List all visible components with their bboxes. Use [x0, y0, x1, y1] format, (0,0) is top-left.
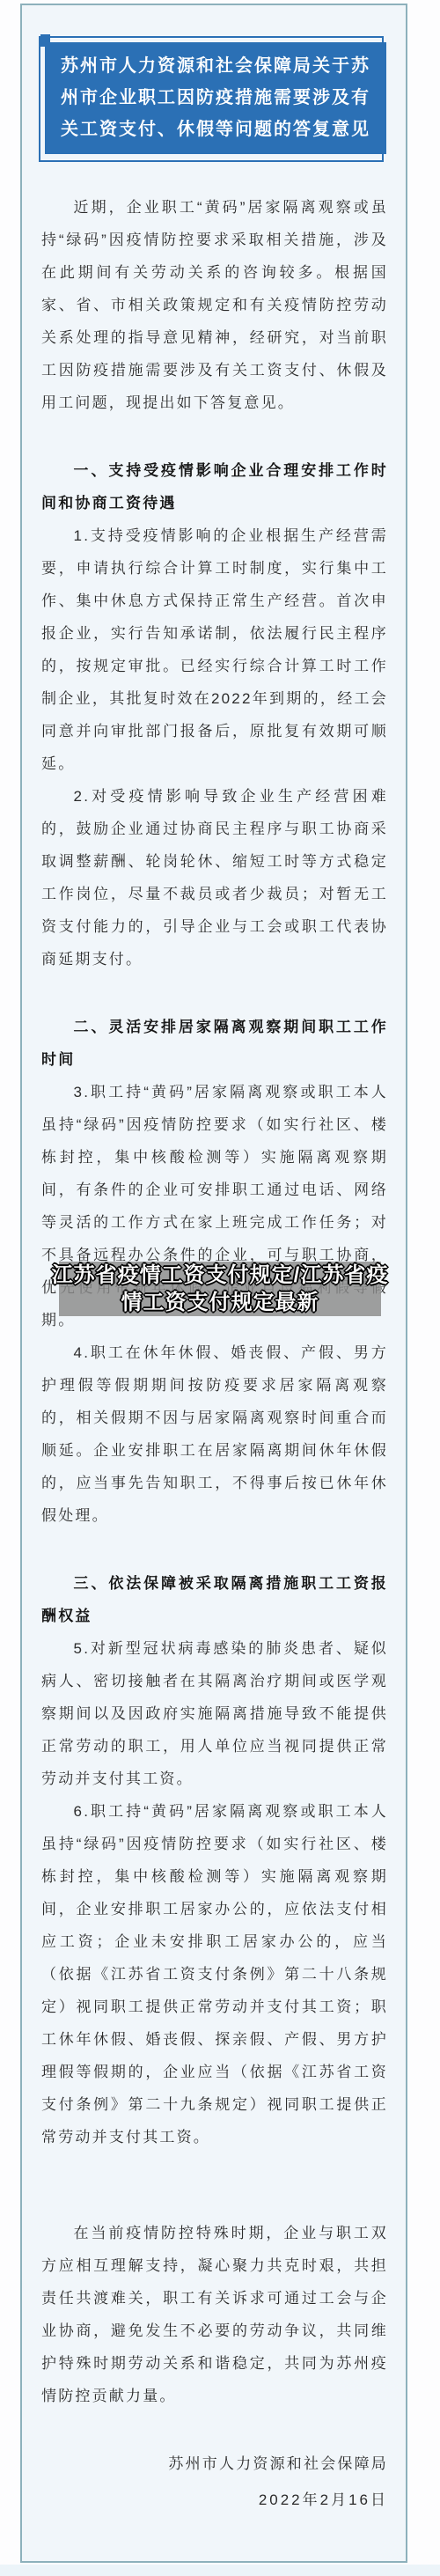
page-bottom-strip	[0, 2565, 440, 2576]
issuing-authority: 苏州市人力资源和社会保障局	[41, 2447, 388, 2480]
document-body: 近期，企业职工“黄码”居家隔离观察或虽持“绿码”因疫情防控要求采取相关措施，涉及…	[22, 191, 406, 2521]
watermark-text-line-2: 情工资支付规定最新	[121, 1289, 319, 1316]
page: { "page": { "bg": "#fdfdfe", "container_…	[0, 0, 440, 2576]
watermark-text-line-1: 江苏省疫情工资支付规定/江苏省疫	[52, 1262, 389, 1289]
section-2-paragraph-2: 4.职工在休年休假、婚丧假、产假、男方护理假等假期期间按防疫要求居家隔离观察的，…	[41, 1336, 388, 1532]
section-1-paragraph-2: 2.对受疫情影响导致企业生产经营困难的，鼓励企业通过协商民主程序与职工协商采取调…	[41, 780, 388, 975]
title-corner-decoration	[40, 34, 50, 47]
signature-block: 苏州市人力资源和社会保障局 2022年2月16日	[41, 2447, 388, 2521]
section-1-heading: 一、支持受疫情影响企业合理安排工作时间和协商工资待遇	[41, 454, 388, 519]
page-title-line-1: 苏州市人力资源和社会保障局关于苏	[50, 50, 381, 82]
page-title-line-2: 州市企业职工因防疫措施需要涉及有	[50, 82, 381, 114]
section-1-paragraph-1: 1.支持受疫情影响的企业根据生产经营需要，申请执行综合计算工时制度，实行集中工作…	[41, 519, 388, 780]
intro-paragraph: 近期，企业职工“黄码”居家隔离观察或虽持“绿码”因疫情防控要求采取相关措施，涉及…	[41, 191, 388, 419]
issue-date: 2022年2月16日	[41, 2480, 388, 2521]
closing-paragraph: 在当前疫情防控特殊时期，企业与职工双方应相互理解支持，凝心聚力共克时艰，共担责任…	[41, 2217, 388, 2412]
section-3-paragraph-2: 6.职工持“黄码”居家隔离观察或职工本人虽持“绿码”因疫情防控要求（如实行社区、…	[41, 1795, 388, 2153]
title-box: 苏州市人力资源和社会保障局关于苏 州市企业职工因防疫措施需要涉及有 关工资支付、…	[45, 42, 386, 154]
section-3-heading: 三、依法保障被采取隔离措施职工工资报酬权益	[41, 1567, 388, 1632]
section-2-heading: 二、灵活安排居家隔离观察期间职工工作时间	[41, 1011, 388, 1076]
page-title-line-3: 关工资支付、休假等问题的答复意见	[50, 114, 381, 145]
section-3-paragraph-1: 5.对新型冠状病毒感染的肺炎患者、疑似病人、密切接触者在其隔离治疗期间或医学观察…	[41, 1632, 388, 1795]
watermark-overlay: 江苏省疫情工资支付规定/江苏省疫 情工资支付规定最新	[59, 1262, 381, 1316]
title-card: 苏州市人力资源和社会保障局关于苏 州市企业职工因防疫措施需要涉及有 关工资支付、…	[45, 42, 386, 154]
